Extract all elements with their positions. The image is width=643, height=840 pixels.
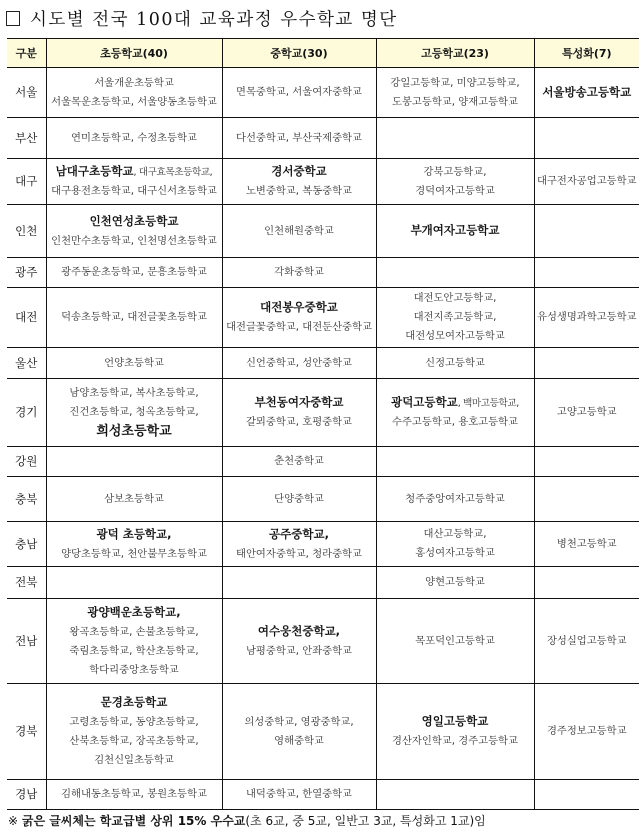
high-cell: 광덕고등학교, 백마고등학교,수주고등학교, 용호고등학교: [376, 379, 534, 447]
elementary-cell: 남양초등학교, 복사초등학교,진건초등학교, 청옥초등학교,희성초등학교: [46, 379, 222, 447]
school-line: 김천신일초등학교: [49, 751, 220, 770]
footnote-rest-text: (초 6교, 중 5교, 일반고 3교, 특성화고 1교)임: [245, 814, 485, 828]
school-line: 대전글꽃중학교, 대전둔산중학교: [225, 318, 374, 337]
special-cell: [534, 780, 639, 810]
school-name: 연미초등학교, 수정초등학교: [71, 132, 197, 144]
middle-cell: 단양중학교: [222, 477, 376, 522]
high-cell: 강일고등학교, 미양고등학교,도봉고등학교, 양재고등학교: [376, 68, 534, 118]
school-line: 목포덕인고등학교: [379, 632, 532, 651]
top-school-name: 희성초등학교: [96, 424, 171, 439]
region-cell: 충남: [7, 522, 46, 567]
school-name: 김천신일초등학교: [94, 754, 174, 766]
school-line: 광덕 초등학교,: [49, 525, 220, 545]
elementary-cell: 광덕 초등학교,양당초등학교, 천안불무초등학교: [46, 522, 222, 567]
school-line: 면목중학교, 서울여자중학교: [225, 83, 374, 102]
middle-cell: 각화중학교: [222, 258, 376, 288]
footnote-bold-text: 굵은 글씨체는 학교급별 상위 15% 우수교: [22, 814, 246, 828]
region-cell: 충북: [7, 477, 46, 522]
school-name: 대구용전초등학교, 대구신서초등학교: [51, 185, 217, 197]
region-cell: 광주: [7, 258, 46, 288]
school-line: 서울방송고등학교: [537, 83, 638, 103]
school-name: 청주중앙여자고등학교: [405, 493, 504, 505]
table-row: 광주광주동운초등학교, 문흥초등학교각화중학교: [7, 258, 639, 288]
school-line: 공주중학교,: [225, 525, 374, 545]
top-school-name: 공주중학교,: [269, 527, 329, 541]
table-row: 대전덕송초등학교, 대전글꽃초등학교대전봉우중학교대전글꽃중학교, 대전둔산중학…: [7, 288, 639, 348]
school-name: 인천만수초등학교, 인천명선초등학교: [51, 235, 217, 247]
school-name: 유성생명과학고등학교: [537, 311, 636, 323]
school-line: 산북초등학교, 장곡초등학교,: [49, 732, 220, 751]
region-cell: 전북: [7, 567, 46, 599]
school-name: 대전성모여자고등학교: [405, 330, 504, 342]
column-header-high: 고등학교(23): [376, 39, 534, 68]
high-cell: 대산고등학교,홍성여자고등학교: [376, 522, 534, 567]
school-line: 부천동여자중학교: [225, 393, 374, 413]
school-line: 장성실업고등학교: [537, 632, 638, 651]
school-name: 영해중학교: [274, 735, 324, 747]
school-line: 경덕여자고등학교: [379, 182, 532, 201]
table-row: 부산연미초등학교, 수정초등학교다선중학교, 부산국제중학교: [7, 118, 639, 159]
school-line: 갈뫼중학교, 호평중학교: [225, 413, 374, 432]
school-name: 목포덕인고등학교: [415, 635, 495, 647]
checkbox-square-icon: [6, 11, 20, 26]
top-school-name: 문경초등학교: [101, 695, 168, 709]
high-cell: 신정고등학교: [376, 348, 534, 379]
elementary-cell: 김해내동초등학교, 봉원초등학교: [46, 780, 222, 810]
school-line: 광양백운초등학교,: [49, 603, 220, 623]
column-header-region: 구분: [7, 39, 46, 68]
school-name: 대전글꽃중학교, 대전둔산중학교: [226, 321, 372, 333]
region-cell: 대전: [7, 288, 46, 348]
special-cell: [534, 477, 639, 522]
region-cell: 인천: [7, 205, 46, 258]
school-line: 언양초등학교: [49, 354, 220, 373]
school-name: 수주고등학교, 용호고등학교: [392, 416, 518, 428]
top-school-name: 영일고등학교: [422, 714, 489, 728]
region-cell: 서울: [7, 68, 46, 118]
high-cell: [376, 780, 534, 810]
school-line: 김해내동초등학교, 봉원초등학교: [49, 785, 220, 804]
school-name: 인천해원중학교: [264, 225, 334, 237]
school-line: 유성생명과학고등학교: [537, 308, 638, 327]
top-school-name: 여수웅천중학교,: [258, 624, 340, 638]
school-line: 인천해원중학교: [225, 222, 374, 241]
school-name: , 백마고등학교,: [458, 398, 519, 409]
special-cell: [534, 205, 639, 258]
school-line: 경주정보고등학교: [537, 722, 638, 741]
region-cell: 울산: [7, 348, 46, 379]
region-cell: 대구: [7, 159, 46, 205]
school-line: 서울목운초등학교, 서울양동초등학교: [49, 93, 220, 112]
school-line: 남양초등학교, 복사초등학교,: [49, 384, 220, 403]
school-name: 다선중학교, 부산국제중학교: [236, 132, 362, 144]
school-name: 강북고등학교,: [424, 166, 487, 178]
school-name: 단양중학교: [274, 493, 324, 505]
high-cell: [376, 258, 534, 288]
school-line: 부개여자고등학교: [379, 221, 532, 241]
school-line: 광주동운초등학교, 문흥초등학교: [49, 263, 220, 282]
school-line: 신정고등학교: [379, 354, 532, 373]
school-line: 인천만수초등학교, 인천명선초등학교: [49, 232, 220, 251]
school-line: 남평중학교, 안좌중학교: [225, 642, 374, 661]
school-name: 노변중학교, 복동중학교: [246, 185, 352, 197]
top-school-name: 광덕고등학교: [391, 395, 458, 409]
school-line: 수주고등학교, 용호고등학교: [379, 413, 532, 432]
school-name: 경덕여자고등학교: [415, 185, 495, 197]
special-cell: 대구전자공업고등학교: [534, 159, 639, 205]
school-name: 장성실업고등학교: [547, 635, 627, 647]
table-body: 서울서울개운초등학교서울목운초등학교, 서울양동초등학교면목중학교, 서울여자중…: [7, 68, 639, 810]
elementary-cell: 덕송초등학교, 대전글꽃초등학교: [46, 288, 222, 348]
school-name: 김해내동초등학교, 봉원초등학교: [61, 788, 207, 800]
special-cell: [534, 118, 639, 159]
school-line: 남대구초등학교, 대구효목초등학교,: [49, 162, 220, 182]
school-name: 덕송초등학교, 대전글꽃초등학교: [61, 311, 207, 323]
middle-cell: 대전봉우중학교대전글꽃중학교, 대전둔산중학교: [222, 288, 376, 348]
school-line: 삼보초등학교: [49, 490, 220, 509]
school-name: 언양초등학교: [104, 357, 164, 369]
middle-cell: 인천해원중학교: [222, 205, 376, 258]
school-line: 학다리중앙초등학교: [49, 661, 220, 680]
school-name: 서울개운초등학교: [94, 77, 174, 89]
table-row: 전북양현고등학교: [7, 567, 639, 599]
school-name: 대전지족고등학교,: [414, 311, 497, 323]
school-line: 병천고등학교: [537, 535, 638, 554]
table-row: 서울서울개운초등학교서울목운초등학교, 서울양동초등학교면목중학교, 서울여자중…: [7, 68, 639, 118]
special-cell: [534, 348, 639, 379]
high-cell: 양현고등학교: [376, 567, 534, 599]
school-line: 홍성여자고등학교: [379, 544, 532, 563]
school-name: 남평중학교, 안좌중학교: [246, 645, 352, 657]
school-name: 신정고등학교: [425, 357, 485, 369]
region-cell: 경북: [7, 684, 46, 780]
elementary-cell: 광양백운초등학교,왕곡초등학교, 손불초등학교,죽림초등학교, 학산초등학교,학…: [46, 599, 222, 684]
school-line: 태안여자중학교, 청라중학교: [225, 545, 374, 564]
school-line: 양당초등학교, 천안불무초등학교: [49, 545, 220, 564]
table-row: 울산언양초등학교신언중학교, 성안중학교신정고등학교: [7, 348, 639, 379]
high-cell: 강북고등학교,경덕여자고등학교: [376, 159, 534, 205]
column-header-middle: 중학교(30): [222, 39, 376, 68]
table-row: 대구남대구초등학교, 대구효목초등학교,대구용전초등학교, 대구신서초등학교경서…: [7, 159, 639, 205]
special-cell: 경주정보고등학교: [534, 684, 639, 780]
elementary-cell: 문경초등학교고령초등학교, 동양초등학교,산북초등학교, 장곡초등학교,김천신일…: [46, 684, 222, 780]
school-name: 서울목운초등학교, 서울양동초등학교: [51, 96, 217, 108]
school-line: 내덕중학교, 한열중학교: [225, 785, 374, 804]
school-line: 인천연성초등학교: [49, 212, 220, 232]
school-line: 대전봉우중학교: [225, 298, 374, 318]
elementary-cell: [46, 447, 222, 477]
middle-cell: 부천동여자중학교갈뫼중학교, 호평중학교: [222, 379, 376, 447]
school-line: 문경초등학교: [49, 693, 220, 713]
middle-cell: 경서중학교노변중학교, 복동중학교: [222, 159, 376, 205]
high-cell: 영일고등학교경산자인학교, 경주고등학교: [376, 684, 534, 780]
high-cell: 부개여자고등학교: [376, 205, 534, 258]
school-line: 대전성모여자고등학교: [379, 327, 532, 346]
school-name: 산북초등학교, 장곡초등학교,: [69, 735, 198, 747]
middle-cell: 신언중학교, 성안중학교: [222, 348, 376, 379]
middle-cell: [222, 567, 376, 599]
region-cell: 부산: [7, 118, 46, 159]
school-name: , 대구효목초등학교,: [133, 167, 212, 178]
top-school-name: 경서중학교: [271, 164, 327, 178]
elementary-cell: [46, 567, 222, 599]
table-row: 경남김해내동초등학교, 봉원초등학교내덕중학교, 한열중학교: [7, 780, 639, 810]
middle-cell: 공주중학교,태안여자중학교, 청라중학교: [222, 522, 376, 567]
school-name: 고령초등학교, 동양초등학교,: [69, 716, 198, 728]
middle-cell: 춘천중학교: [222, 447, 376, 477]
school-line: 신언중학교, 성안중학교: [225, 354, 374, 373]
school-line: 영일고등학교: [379, 712, 532, 732]
school-name: 내덕중학교, 한열중학교: [246, 788, 352, 800]
school-name: 대구전자공업고등학교: [537, 175, 636, 187]
column-header-special: 특성화(7): [534, 39, 639, 68]
school-name: 병천고등학교: [557, 538, 617, 550]
school-list-table: 구분 초등학교(40) 중학교(30) 고등학교(23) 특성화(7) 서울서울…: [7, 38, 639, 810]
page-title: 시도별 전국 100대 교육과정 우수학교 명단: [6, 4, 398, 32]
school-name: 신언중학교, 성안중학교: [246, 357, 352, 369]
special-cell: 고양고등학교: [534, 379, 639, 447]
top-school-name: 광양백운초등학교,: [87, 605, 180, 619]
footnote: ※ 굵은 글씨체는 학교급별 상위 15% 우수교(초 6교, 중 5교, 일반…: [8, 812, 486, 829]
school-name: 죽림초등학교, 학산초등학교,: [69, 645, 198, 657]
school-name: 강일고등학교, 미양고등학교,: [390, 77, 519, 89]
special-cell: 병천고등학교: [534, 522, 639, 567]
elementary-cell: 서울개운초등학교서울목운초등학교, 서울양동초등학교: [46, 68, 222, 118]
school-name: 왕곡초등학교, 손불초등학교,: [69, 626, 198, 638]
school-line: 경서중학교: [225, 162, 374, 182]
table-row: 인천인천연성초등학교인천만수초등학교, 인천명선초등학교인천해원중학교부개여자고…: [7, 205, 639, 258]
region-cell: 경남: [7, 780, 46, 810]
school-line: 강북고등학교,: [379, 163, 532, 182]
school-name: 대산고등학교,: [424, 528, 487, 540]
reference-mark: ※: [8, 814, 18, 828]
school-name: 학다리중앙초등학교: [89, 664, 179, 676]
top-school-name: 부개여자고등학교: [411, 223, 500, 237]
school-line: 왕곡초등학교, 손불초등학교,: [49, 623, 220, 642]
special-cell: [534, 567, 639, 599]
school-name: 양현고등학교: [425, 576, 485, 588]
school-name: 양당초등학교, 천안불무초등학교: [61, 548, 207, 560]
table-row: 경기남양초등학교, 복사초등학교,진건초등학교, 청옥초등학교,희성초등학교부천…: [7, 379, 639, 447]
high-cell: 청주중앙여자고등학교: [376, 477, 534, 522]
school-line: 노변중학교, 복동중학교: [225, 182, 374, 201]
elementary-cell: 인천연성초등학교인천만수초등학교, 인천명선초등학교: [46, 205, 222, 258]
middle-cell: 내덕중학교, 한열중학교: [222, 780, 376, 810]
middle-cell: 의성중학교, 영광중학교,영해중학교: [222, 684, 376, 780]
school-line: 대산고등학교,: [379, 525, 532, 544]
school-line: 덕송초등학교, 대전글꽃초등학교: [49, 308, 220, 327]
special-cell: 유성생명과학고등학교: [534, 288, 639, 348]
school-name: 각화중학교: [274, 266, 324, 278]
school-line: 청주중앙여자고등학교: [379, 490, 532, 509]
school-line: 단양중학교: [225, 490, 374, 509]
top-school-name: 인천연성초등학교: [90, 214, 179, 228]
top-school-name: 부천동여자중학교: [255, 395, 344, 409]
elementary-cell: 삼보초등학교: [46, 477, 222, 522]
school-name: 의성중학교, 영광중학교,: [244, 716, 353, 728]
school-name: 태안여자중학교, 청라중학교: [236, 548, 362, 560]
school-line: 광덕고등학교, 백마고등학교,: [379, 393, 532, 413]
high-cell: 목포덕인고등학교: [376, 599, 534, 684]
school-line: 죽림초등학교, 학산초등학교,: [49, 642, 220, 661]
region-cell: 경기: [7, 379, 46, 447]
school-line: 고양고등학교: [537, 403, 638, 422]
school-name: 춘천중학교: [274, 455, 324, 467]
elementary-cell: 광주동운초등학교, 문흥초등학교: [46, 258, 222, 288]
school-line: 대전도안고등학교,: [379, 289, 532, 308]
school-line: 춘천중학교: [225, 452, 374, 471]
school-name: 경주정보고등학교: [547, 725, 627, 737]
table-row: 충남광덕 초등학교,양당초등학교, 천안불무초등학교공주중학교,태안여자중학교,…: [7, 522, 639, 567]
school-name: 남양초등학교, 복사초등학교,: [69, 387, 198, 399]
school-name: 홍성여자고등학교: [415, 547, 495, 559]
elementary-cell: 언양초등학교: [46, 348, 222, 379]
school-name: 면목중학교, 서울여자중학교: [236, 86, 362, 98]
region-cell: 전남: [7, 599, 46, 684]
column-header-elementary: 초등학교(40): [46, 39, 222, 68]
school-name: 대전도안고등학교,: [414, 292, 497, 304]
high-cell: 대전도안고등학교,대전지족고등학교,대전성모여자고등학교: [376, 288, 534, 348]
high-cell: [376, 118, 534, 159]
school-line: 고령초등학교, 동양초등학교,: [49, 713, 220, 732]
school-line: 영해중학교: [225, 732, 374, 751]
school-line: 다선중학교, 부산국제중학교: [225, 129, 374, 148]
middle-cell: 다선중학교, 부산국제중학교: [222, 118, 376, 159]
school-name: 갈뫼중학교, 호평중학교: [246, 416, 352, 428]
school-line: 대구용전초등학교, 대구신서초등학교: [49, 182, 220, 201]
region-cell: 강원: [7, 447, 46, 477]
school-line: 연미초등학교, 수정초등학교: [49, 129, 220, 148]
school-line: 경산자인학교, 경주고등학교: [379, 732, 532, 751]
school-line: 희성초등학교: [49, 422, 220, 442]
table-row: 충북삼보초등학교단양중학교청주중앙여자고등학교: [7, 477, 639, 522]
school-name: 도봉고등학교, 양재고등학교: [392, 96, 518, 108]
school-line: 양현고등학교: [379, 573, 532, 592]
elementary-cell: 연미초등학교, 수정초등학교: [46, 118, 222, 159]
page-title-text: 시도별 전국 100대 교육과정 우수학교 명단: [30, 6, 398, 31]
table-row: 강원춘천중학교: [7, 447, 639, 477]
middle-cell: 면목중학교, 서울여자중학교: [222, 68, 376, 118]
special-cell: 장성실업고등학교: [534, 599, 639, 684]
elementary-cell: 남대구초등학교, 대구효목초등학교,대구용전초등학교, 대구신서초등학교: [46, 159, 222, 205]
special-cell: [534, 447, 639, 477]
special-cell: [534, 258, 639, 288]
school-name: 삼보초등학교: [104, 493, 164, 505]
table-header-row: 구분 초등학교(40) 중학교(30) 고등학교(23) 특성화(7): [7, 39, 639, 68]
top-school-name: 대전봉우중학교: [260, 300, 338, 314]
school-name: 광주동운초등학교, 문흥초등학교: [61, 266, 207, 278]
school-line: 의성중학교, 영광중학교,: [225, 713, 374, 732]
school-line: 진건초등학교, 청옥초등학교,: [49, 403, 220, 422]
school-line: 대전지족고등학교,: [379, 308, 532, 327]
high-cell: [376, 447, 534, 477]
school-line: 서울개운초등학교: [49, 74, 220, 93]
top-school-name: 광덕 초등학교,: [96, 527, 171, 541]
table-row: 전남광양백운초등학교,왕곡초등학교, 손불초등학교,죽림초등학교, 학산초등학교…: [7, 599, 639, 684]
special-cell: 서울방송고등학교: [534, 68, 639, 118]
middle-cell: 여수웅천중학교,남평중학교, 안좌중학교: [222, 599, 376, 684]
top-school-name: 서울방송고등학교: [542, 85, 631, 99]
school-line: 여수웅천중학교,: [225, 622, 374, 642]
school-name: 진건초등학교, 청옥초등학교,: [69, 406, 198, 418]
school-line: 대구전자공업고등학교: [537, 172, 638, 191]
school-line: 강일고등학교, 미양고등학교,: [379, 74, 532, 93]
table-row: 경북문경초등학교고령초등학교, 동양초등학교,산북초등학교, 장곡초등학교,김천…: [7, 684, 639, 780]
school-line: 각화중학교: [225, 263, 374, 282]
school-name: 경산자인학교, 경주고등학교: [392, 735, 518, 747]
school-name: 고양고등학교: [557, 406, 617, 418]
school-line: 도봉고등학교, 양재고등학교: [379, 93, 532, 112]
top-school-name: 남대구초등학교: [56, 164, 134, 178]
